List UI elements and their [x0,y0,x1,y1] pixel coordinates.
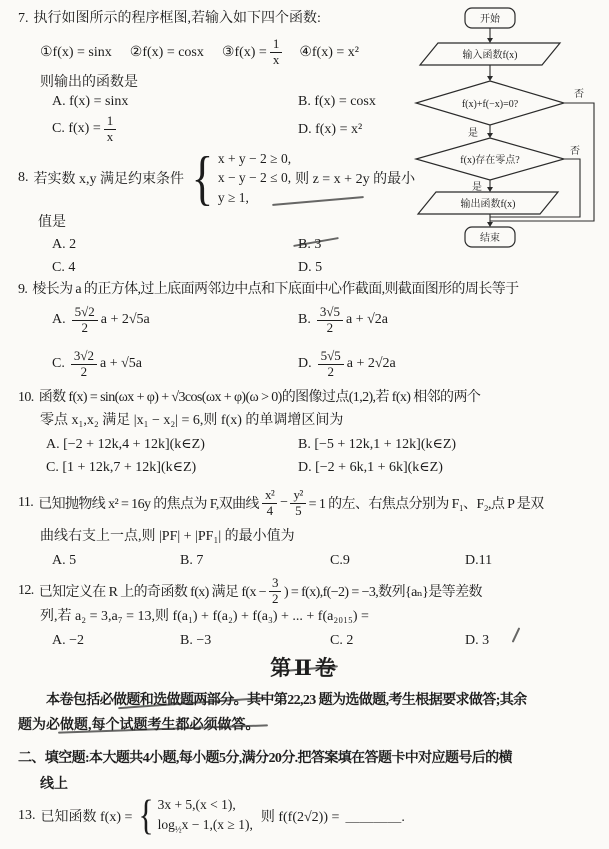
q12-fraction: 3 2 [269,576,281,606]
flowchart-end-label: 结束 [480,231,500,244]
pen-mark [512,627,521,642]
section2-heading: 二、填空题:本大题共4小题,每小题5分,满分20分.把答案填在答题卡中对应题号后… [18,750,512,769]
q13-number: 13. [18,808,36,824]
q8-constraint-system: x + y − 2 ≥ 0, x − y − 2 ≤ 0, y ≥ 1, [218,149,291,208]
q13-answer-blank: ＿＿＿＿. [345,806,405,826]
q11-option-a: A. 5 [52,552,76,571]
q8-post: 则 z = x + 2y 的最小 [295,168,415,188]
q9-option-d: D. 5√5 2 a + 2√2a [298,344,396,384]
q12-option-d: D. 3 [465,632,489,651]
flowchart-input-label: 输入函数f(x) [463,48,518,61]
q10-option-c: C. [1 + 12k,7 + 12k](k∈Z) [46,459,196,478]
q11-number: 11. [18,495,33,511]
q7-number: 7. [18,11,29,26]
q10-stem1: 10.函数 f(x) = sin(ωx + φ) + √3cos(ωx + φ)… [18,389,480,408]
q13-piecewise: 3x + 5,(x < 1), log½x − 1,(x ≥ 1), [158,795,253,836]
q7-option-a: A. f(x) = sinx [52,93,128,112]
q7-func-1: ①f(x) = sinx [40,44,112,61]
q12-stem1: 12. 已知定义在 R 上的奇函数 f(x) 满足 f(x − 3 2 ) = … [18,572,482,610]
q7-option-d: D. f(x) = x² [298,121,362,140]
q11-option-d: D.11 [465,552,492,571]
flowchart-arrowhead [487,187,493,192]
flowchart-start-label: 开始 [480,12,501,25]
q8-constraint-1: x + y − 2 ≥ 0, [218,149,291,169]
q13-log-base: ½ [175,825,182,835]
q8-option-d: D. 5 [298,259,322,278]
q9-option-a: A. 5√2 2 a + 2√5a [52,300,150,340]
q7-stem: 7.执行如图所示的程序框图,若输入如下四个函数: [18,10,321,29]
q7-func-3-fraction: 1 x [270,37,283,67]
q13-stem: 13. 已知函数 f(x) = { 3x + 5,(x < 1), log½x … [18,790,405,842]
flowchart-arrowhead [487,222,493,227]
q11-fraction-1: x² 4 [262,488,277,518]
q8-post2: 值是 [38,214,66,233]
q13-system-brace: { [139,795,154,837]
q12-option-c: C. 2 [330,632,353,651]
q8-option-a: A. 2 [52,236,76,255]
q9-option-b: B. 3√5 2 a + √2a [298,300,388,340]
q9-option-b-fraction: 3√5 2 [317,305,343,335]
q11-fraction-2: y² 5 [290,488,305,518]
q10-number: 10. [18,390,34,405]
q10-option-b: B. [−5 + 12k,1 + 12k](k∈Z) [298,436,456,455]
q11-stem1: 11. 已知抛物线 x² = 16y 的焦点为 F,双曲线 x² 4 − y² … [18,482,544,524]
q7-option-c-fraction: 1 x [104,114,117,144]
q12-option-b: B. −3 [180,632,211,651]
q9-option-a-fraction: 5√2 2 [72,305,98,335]
q10-option-a: A. [−2 + 12k,4 + 12k](k∈Z) [46,436,205,455]
q9-stem: 9.棱长为 a 的正方体,过上底面两邻边中点和下底面中心作截面,则截面图形的周长… [18,281,519,300]
q9-option-d-fraction: 5√5 2 [318,349,344,379]
q8-stem: 8. 若实数 x,y 满足约束条件 { x + y − 2 ≥ 0, x − y… [18,146,415,210]
q10-stem2: 零点 x₁,x₂ 满足 |x₁ − x₂| = 6,则 f(x) 的单调增区间为 [40,412,343,431]
flowchart-no1-label: 否 [574,88,584,100]
q9-number: 9. [18,282,27,297]
q7-func-2: ②f(x) = cosx [130,44,204,61]
q7-func-4: ④f(x) = x² [299,44,359,61]
q12-stem2: 列,若 a₂ = 3,a₇ = 13,则 f(a₁) + f(a₂) + f(a… [40,608,369,627]
flowchart-arrowhead [487,38,493,43]
q7-option-c: C. f(x) = 1 x [52,111,119,147]
flowchart-arrowhead [487,76,493,81]
q9-option-c: C. 3√2 2 a + √5a [52,344,142,384]
q12-number: 12. [18,583,34,599]
flowchart-svg: 开始 输入函数f(x) f(x)+f(−x)=0? 否 是 f(x)存在零点? … [402,4,609,252]
q13-post: 则 f(f(2√2)) = [261,806,340,826]
q8-number: 8. [18,170,29,186]
q11-option-b: B. 7 [180,552,203,571]
q7-stem2: 则输出的函数是 [40,74,138,93]
q11-option-c: C.9 [330,552,350,571]
q12-option-a: A. −2 [52,632,84,651]
flowchart-output-label: 输出函数f(x) [461,197,516,210]
flowchart-condition1-label: f(x)+f(−x)=0? [462,99,519,110]
flowchart-arrowhead [487,133,493,138]
q7-option-b: B. f(x) = cosx [298,93,376,112]
q11-stem2: 曲线右支上一点,则 |PF| + |PF₁| 的最小值为 [40,528,295,547]
flowchart: 开始 输入函数f(x) f(x)+f(−x)=0? 否 是 f(x)存在零点? … [402,4,609,252]
q10-option-d: D. [−2 + 6k,1 + 6k](k∈Z) [298,459,443,478]
q7-func-3: ③f(x) = 1 x [222,37,285,67]
q8-option-c: C. 4 [52,259,75,278]
flowchart-no2-label: 否 [570,145,580,157]
q7-function-list: ①f(x) = sinx ②f(x) = cosx ③f(x) = 1 x ④f… [40,34,359,70]
flowchart-yes1-label: 是 [468,127,478,139]
flowchart-yes2-label: 是 [472,181,482,193]
exam-page: 7.执行如图所示的程序框图,若输入如下四个函数: ①f(x) = sinx ②f… [0,0,609,849]
q8-constraint-2: x − y − 2 ≤ 0, [218,168,291,188]
q9-option-c-fraction: 3√2 2 [71,349,97,379]
q13-piece-2: log½x − 1,(x ≥ 1), [158,815,253,837]
part2-title: 第Ⅱ卷 [0,652,609,682]
q8-system-brace: { [192,148,214,208]
q13-piece-1: 3x + 5,(x < 1), [158,795,253,815]
flowchart-condition2-label: f(x)存在零点? [460,153,520,166]
